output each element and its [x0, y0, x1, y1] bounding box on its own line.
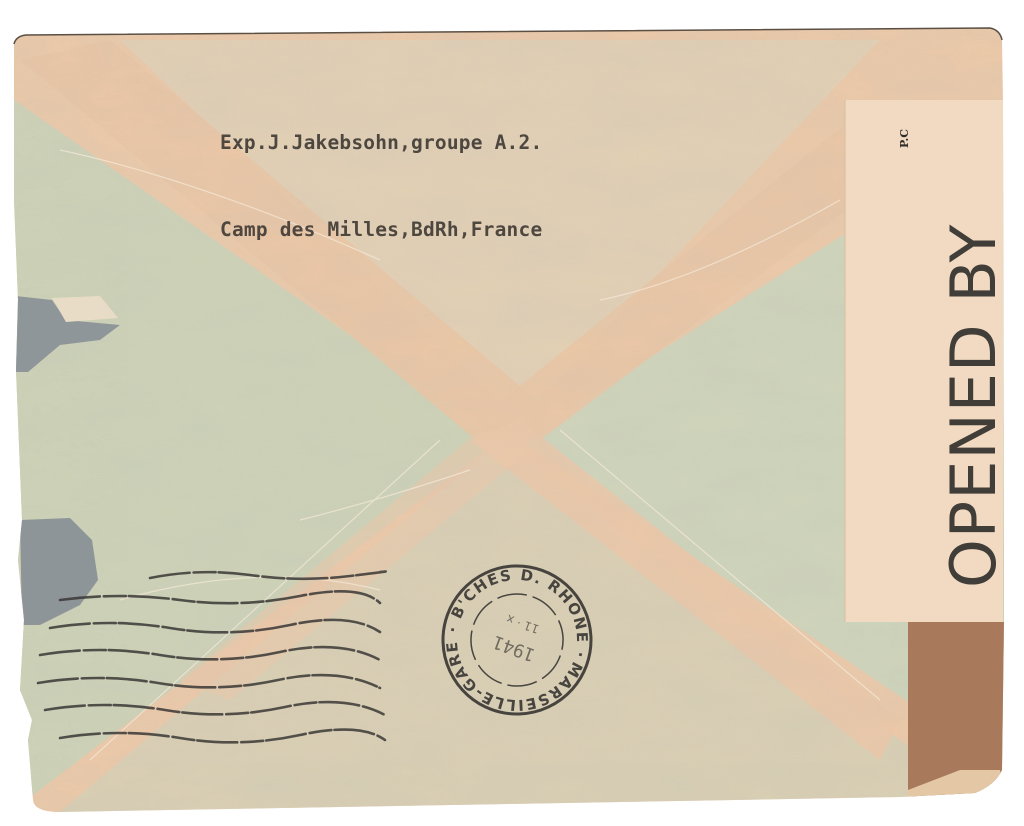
envelope-scene: Exp.J.Jakebsohn,groupe A.2. Camp des Mil… [0, 0, 1024, 826]
postmark: MARSEILLE-GARE · B'CHES D. RHONE · 1941 … [438, 561, 596, 719]
svg-text:11 · x: 11 · x [505, 612, 542, 637]
censor-code: P.C [898, 129, 911, 148]
censor-label-text: OPENED BY [946, 224, 1002, 588]
sender-address-line-2: Camp des Milles,BdRh,France [220, 215, 542, 244]
sender-address: Exp.J.Jakebsohn,groupe A.2. Camp des Mil… [220, 70, 542, 302]
postmark-year: 1941 [490, 631, 538, 666]
sender-address-line-1: Exp.J.Jakebsohn,groupe A.2. [220, 128, 542, 157]
